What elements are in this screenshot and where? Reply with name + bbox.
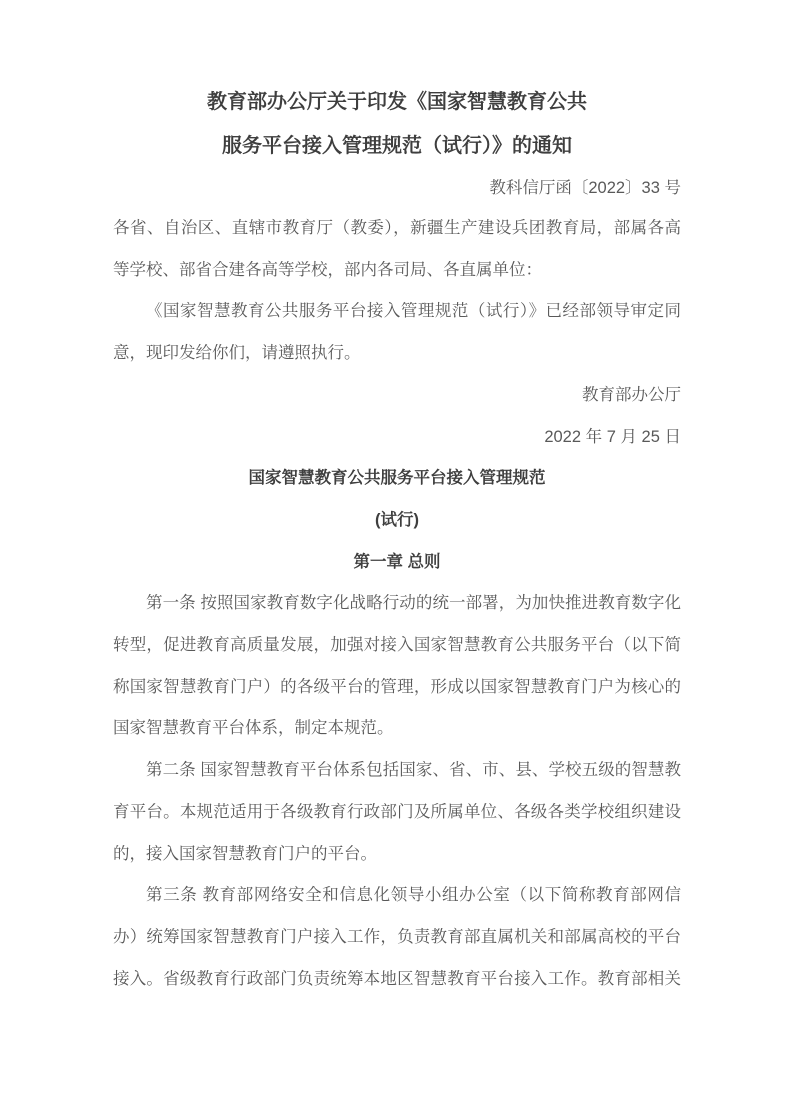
chapter-1-heading: 第一章 总则: [113, 542, 681, 584]
article-2-line-1: 第二条 国家智慧教育平台体系包括国家、省、市、县、学校五级的智慧教: [113, 750, 681, 792]
article-3-line-3: 接入。省级教育行政部门负责统筹本地区智慧教育平台接入工作。教育部相关: [113, 959, 681, 1001]
signer: 教育部办公厅: [113, 375, 681, 417]
regulation-subtitle: (试行): [113, 500, 681, 542]
document-page: 教育部办公厅关于印发《国家智慧教育公共 服务平台接入管理规范（试行）》的通知 教…: [0, 0, 794, 1108]
notice-title-line-1: 教育部办公厅关于印发《国家智慧教育公共: [113, 80, 681, 124]
article-2-line-2: 育平台。本规范适用于各级教育行政部门及所属单位、各级各类学校组织建设: [113, 792, 681, 834]
sign-date: 2022 年 7 月 25 日: [113, 417, 681, 459]
article-2-line-3: 的，接入国家智慧教育门户的平台。: [113, 834, 681, 876]
article-3-line-2: 办）统筹国家智慧教育门户接入工作，负责教育部直属机关和部属高校的平台: [113, 917, 681, 959]
addressee-line-2: 等学校、部省合建各高等学校，部内各司局、各直属单位：: [113, 250, 681, 292]
doc-number: 教科信厅函〔2022〕33 号: [113, 168, 681, 208]
addressee-line-1: 各省、自治区、直辖市教育厅（教委），新疆生产建设兵团教育局，部属各高: [113, 208, 681, 250]
notice-title-line-2: 服务平台接入管理规范（试行）》的通知: [113, 124, 681, 168]
article-1-line-1: 第一条 按照国家教育数字化战略行动的统一部署，为加快推进教育数字化: [113, 583, 681, 625]
article-1-line-4: 国家智慧教育平台体系，制定本规范。: [113, 708, 681, 750]
article-1-line-3: 称国家智慧教育门户）的各级平台的管理，形成以国家智慧教育门户为核心的: [113, 667, 681, 709]
regulation-title: 国家智慧教育公共服务平台接入管理规范: [113, 458, 681, 500]
document-content: 教育部办公厅关于印发《国家智慧教育公共 服务平台接入管理规范（试行）》的通知 教…: [0, 0, 794, 1000]
notice-body-line-1: 《国家智慧教育公共服务平台接入管理规范（试行）》已经部领导审定同: [113, 291, 681, 333]
article-1-line-2: 转型，促进教育高质量发展，加强对接入国家智慧教育公共服务平台（以下简: [113, 625, 681, 667]
notice-body-line-2: 意，现印发给你们，请遵照执行。: [113, 333, 681, 375]
article-3-line-1: 第三条 教育部网络安全和信息化领导小组办公室（以下简称教育部网信: [113, 875, 681, 917]
